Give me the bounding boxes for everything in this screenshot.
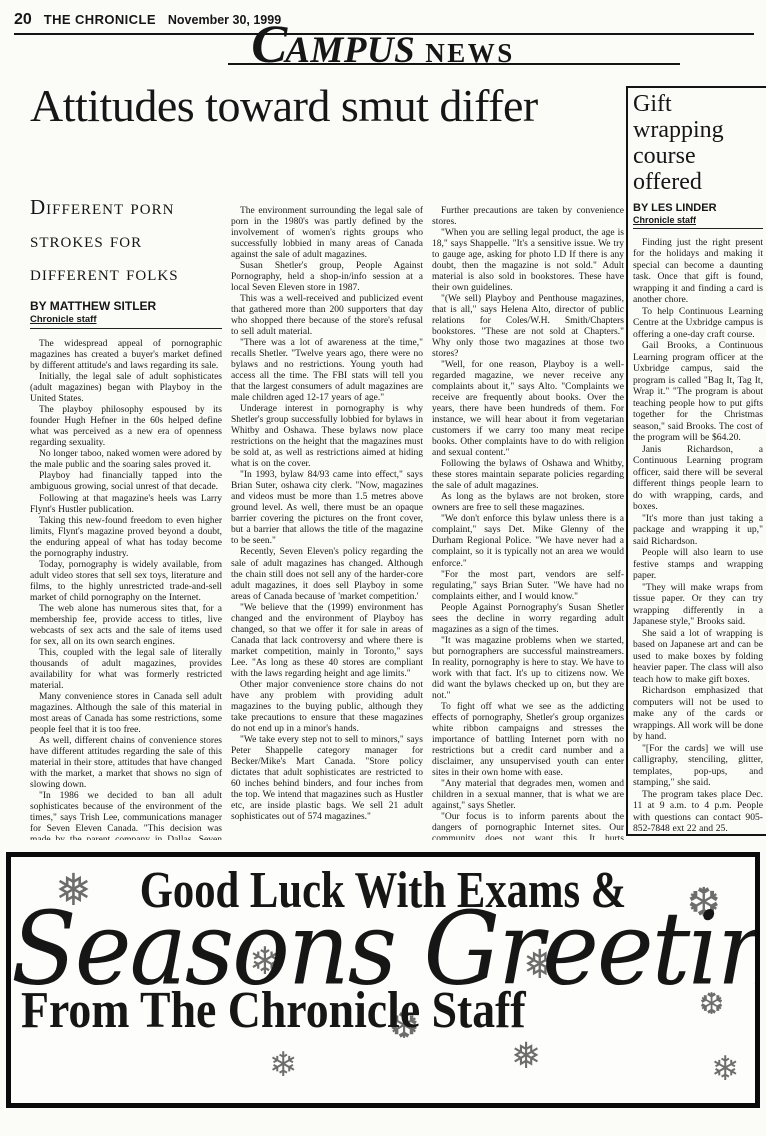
- article-paragraph: "For the most part, vendors are self-reg…: [432, 570, 624, 603]
- article-paragraph: This, coupled with the legal sale of lit…: [30, 648, 222, 692]
- sidebar-byline-block: BY LES LINDER Chronicle staff: [633, 202, 763, 229]
- article-paragraph: Playboy had financially tapped into the …: [30, 471, 222, 493]
- article-paragraph: No longer taboo, naked women were adored…: [30, 449, 222, 471]
- article-body: Different pornstrokes fordifferent folks…: [30, 150, 624, 840]
- sidebar-paragraph: Gail Brooks, a Continuous Learning progr…: [633, 340, 763, 444]
- article-paragraph: "There was a lot of awareness at the tim…: [231, 338, 423, 404]
- article-paragraph: "In 1993, bylaw 84/93 came into effect,"…: [231, 470, 423, 547]
- snowflake-icon: ❄: [711, 1049, 740, 1089]
- article-paragraph: "We take every step not to sell to minor…: [231, 735, 423, 823]
- article-paragraph: Recently, Seven Eleven's policy regardin…: [231, 547, 423, 602]
- article-paragraph: The web alone has numerous sites that, f…: [30, 604, 222, 648]
- kicker-line: strokes for: [30, 229, 222, 252]
- banner-rule: [228, 63, 680, 65]
- sidebar-paragraph: People will also learn to use festive st…: [633, 547, 763, 582]
- sidebar-paragraph: "[For the cards] we will use calligraphy…: [633, 743, 763, 789]
- article-paragraph: The environment surrounding the legal sa…: [231, 206, 423, 261]
- sidebar-paragraph: Janis Richardson, a Continuous Learning …: [633, 444, 763, 513]
- article-paragraph: Following at that magazine's heels was L…: [30, 494, 222, 516]
- sidebar-article: Gift wrapping course offered BY LES LIND…: [626, 86, 766, 836]
- article-paragraph: This was a well-received and publicized …: [231, 294, 423, 338]
- sidebar-paragraph: "They will make wraps from tissue paper.…: [633, 582, 763, 628]
- article-paragraph: Taking this new-found freedom to even hi…: [30, 516, 222, 560]
- article-paragraph: Initially, the legal sale of adult sophi…: [30, 372, 222, 405]
- ad-line-3: From The Chronicle Staff: [21, 985, 667, 1037]
- byline-block: BY MATTHEW SITLER Chronicle staff: [30, 299, 222, 329]
- article-paragraph: People Against Pornography's Susan Shetl…: [432, 603, 624, 636]
- snowflake-icon: ❄: [269, 1045, 298, 1085]
- article-paragraph: As long as the bylaws are not broken, st…: [432, 492, 624, 514]
- sidebar-paragraph: Richardson emphasized that computers wil…: [633, 685, 763, 743]
- sidebar-paragraph: Finding just the right present for the h…: [633, 237, 763, 306]
- kicker-line: Different porn: [30, 196, 222, 219]
- article-paragraph: "We don't enforce this bylaw unless ther…: [432, 514, 624, 569]
- sidebar-paragraphs: Finding just the right present for the h…: [633, 237, 763, 835]
- article-paragraph: Other major convenience store chains do …: [231, 680, 423, 735]
- snowflake-icon: ❅: [511, 1035, 541, 1077]
- article-column-3: Further precautions are taken by conveni…: [432, 150, 624, 840]
- article-paragraph: Susan Shetler's group, People Against Po…: [231, 261, 423, 294]
- sidebar-paragraph: She said a lot of wrapping is based on J…: [633, 628, 763, 686]
- sidebar-headline: Gift wrapping course offered: [633, 92, 763, 196]
- article-paragraph: As well, different chains of convenience…: [30, 736, 222, 791]
- article-paragraph: "When you are selling legal product, the…: [432, 228, 624, 294]
- sidebar-byline: BY LES LINDER: [633, 202, 763, 214]
- article-paragraph: Underage interest in pornography is why …: [231, 404, 423, 470]
- section-title-initial: C: [251, 14, 285, 74]
- article-paragraph: Further precautions are taken by conveni…: [432, 206, 624, 228]
- kicker-line: different folks: [30, 262, 222, 285]
- article-paragraph: Many convenience stores in Canada sell a…: [30, 692, 222, 736]
- byline: BY MATTHEW SITLER: [30, 299, 222, 313]
- article-paragraph: Today, pornography is widely available, …: [30, 560, 222, 604]
- sidebar-paragraph: The program takes place Dec. 11 at 9 a.m…: [633, 789, 763, 835]
- article-paragraph: Following the bylaws of Oshawa and Whitb…: [432, 459, 624, 492]
- byline-org: Chronicle staff: [30, 314, 222, 325]
- article-paragraph: "Any material that degrades men, women a…: [432, 779, 624, 812]
- article-paragraph: The playboy philosophy espoused by its f…: [30, 405, 222, 449]
- article-kicker: Different pornstrokes fordifferent folks: [30, 196, 222, 285]
- sidebar-byline-org: Chronicle staff: [633, 215, 763, 225]
- article-paragraph: "Well, for one reason, Playboy is a well…: [432, 360, 624, 459]
- article-paragraph: "In 1986 we decided to ban all adult sop…: [30, 791, 222, 840]
- article-paragraph: "(We sell) Playboy and Penthouse magazin…: [432, 294, 624, 360]
- greetings-ad: ❅ ❆ ❄ ❅ ❆ ❄ ❅ ❆ ❄ Good Luck With Exams &…: [6, 852, 760, 1108]
- article-paragraph: "It was magazine problems when we starte…: [432, 636, 624, 702]
- newspaper-page: 20 THE CHRONICLE November 30, 1999 CAMPU…: [0, 0, 766, 1136]
- article-column-2: The environment surrounding the legal sa…: [231, 150, 423, 840]
- article-column-1: Different pornstrokes fordifferent folks…: [30, 150, 222, 840]
- article-paragraph: The widespread appeal of pornographic ma…: [30, 339, 222, 372]
- sidebar-paragraph: "It's more than just taking a package an…: [633, 513, 763, 548]
- article-headline: Attitudes toward smut differ: [30, 82, 628, 130]
- sidebar-paragraph: To help Continuous Learning Centre at th…: [633, 306, 763, 341]
- column-1-paragraphs: The widespread appeal of pornographic ma…: [30, 339, 222, 840]
- article-paragraph: "We believe that the (1999) environment …: [231, 603, 423, 680]
- article-paragraph: To fight off what we see as the addictin…: [432, 702, 624, 779]
- article-paragraph: "Our focus is to inform parents about th…: [432, 812, 624, 840]
